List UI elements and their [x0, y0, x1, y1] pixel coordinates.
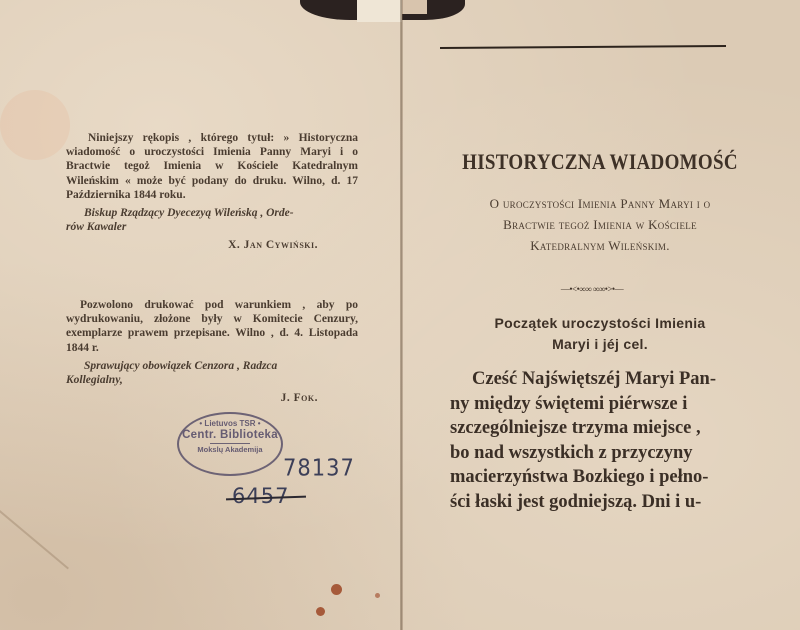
imprimatur-block: Niniejszy rękopis , którego tytuł: » His…: [66, 131, 358, 253]
bishop-name: X. Jan Cywiński.: [66, 238, 318, 252]
ink-spot: [375, 593, 380, 598]
left-page: Niniejszy rękopis , którego tytuł: » His…: [0, 0, 402, 630]
body-line: Cześć Najświętszéj Maryi Pan-: [450, 367, 750, 392]
handwritten-call-number: 78137: [283, 455, 355, 481]
book-gutter: [400, 0, 403, 630]
stamp-line2: Centr. Biblioteka: [179, 429, 281, 441]
body-line: ści łaski jest godniejszą. Dni i u-: [450, 490, 750, 515]
imprimatur-text: Niniejszy rękopis , którego tytuł: » His…: [66, 131, 358, 202]
section-heading: Początek uroczystości Imienia Maryi i jé…: [450, 313, 750, 355]
bishop-title: Biskup Rządzący Dyecezyą Wileńską , Orde…: [66, 206, 358, 234]
censor-title-line2: Kollegialny,: [66, 373, 358, 387]
decorative-ornament: —•<•∞∞ ∞∞•>•—: [550, 284, 634, 294]
body-line: ny między świętemi piérwsze i: [450, 392, 750, 417]
bishop-title-line1: Biskup Rządzący Dyecezyą Wileńską , Orde…: [84, 207, 294, 219]
censor-name: J. Fok.: [66, 391, 318, 405]
section-heading-line: Początek uroczystości Imienia: [450, 313, 750, 334]
library-stamp: • Lietuvos TSR • Centr. Biblioteka Moksl…: [177, 412, 283, 476]
bishop-title-line2: rów Kawaler: [66, 220, 358, 234]
subtitle-line: Katedralnym Wileńskim.: [430, 235, 770, 256]
ink-spot: [331, 584, 342, 595]
body-line: macierzyństwa Bozkiego i pełno-: [450, 465, 750, 490]
ink-spot: [316, 607, 325, 616]
body-line: bo nad wszystkich z przyczyny: [450, 441, 750, 466]
book-spread: Niniejszy rękopis , którego tytuł: » His…: [0, 0, 800, 630]
body-paragraph: Cześć Najświętszéj Maryi Pan- ny między …: [450, 367, 750, 514]
paper-repair-patch: [402, 0, 427, 14]
body-line: szczególniejsze trzyma miejsce ,: [450, 416, 750, 441]
censor-text: Pozwolono drukować pod warunkiem , aby p…: [66, 298, 358, 355]
page-title: HISTORYCZNA WIADOMOŚĆ: [420, 150, 780, 175]
subtitle-line: O uroczystości Imienia Panny Maryi i o: [430, 193, 770, 214]
subtitle-line: Bractwie tegoż Imienia w Kościele: [430, 214, 770, 235]
censor-title-line1: Sprawujący obowiązek Cenzora , Radzca: [84, 360, 277, 372]
header-rule: [440, 45, 726, 49]
censor-permission-block: Pozwolono drukować pod warunkiem , aby p…: [66, 298, 358, 405]
section-heading-line: Maryi i jéj cel.: [450, 334, 750, 355]
censor-title: Sprawujący obowiązek Cenzora , Radzca Ko…: [66, 359, 358, 387]
page-subtitle: O uroczystości Imienia Panny Maryi i o B…: [430, 193, 770, 256]
stamp-line3: Mokslų Akademija: [179, 445, 281, 454]
stamp-rule: [210, 443, 250, 444]
stamp-line1: • Lietuvos TSR •: [179, 419, 281, 428]
